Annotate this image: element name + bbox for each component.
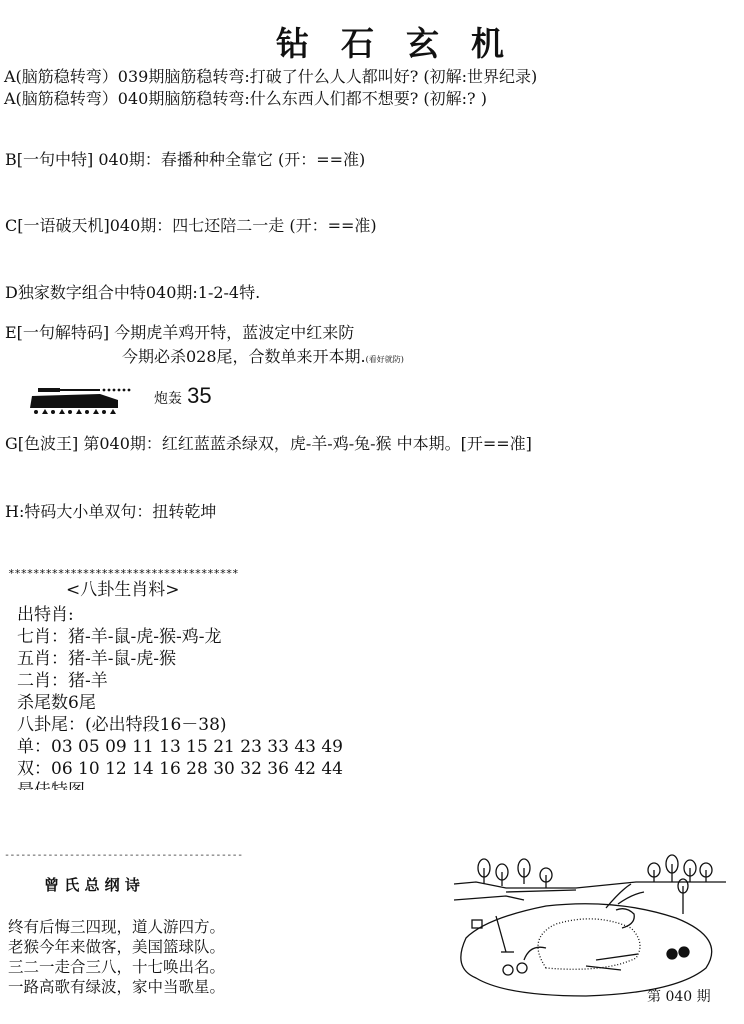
cannon-number: 35 — [187, 383, 211, 408]
cannon-callout: 炮轰 35 — [154, 383, 212, 409]
bagua-line: 七肖：猪-羊-鼠-虎-猴-鸡-龙 — [17, 626, 343, 648]
issue-label: 第 040 期 — [647, 986, 711, 1006]
section-b: B[一句中特] 040期：春播种种全靠它 (开：==准) — [5, 147, 365, 170]
bagua-line: 二肖：猪-羊 — [17, 670, 343, 692]
poem-line: 老猴今年来做客，美国篮球队。 — [8, 937, 225, 957]
bagua-list: 出特肖: 七肖：猪-羊-鼠-虎-猴-鸡-龙 五肖：猪-羊-鼠-虎-猴 二肖：猪-… — [17, 604, 343, 790]
bagua-line: 杀尾数6尾 — [17, 692, 343, 714]
riddle-040: A(脑筋稳转弯）040期脑筋稳转弯:什么东西人们都不想要? (初解:? ) — [4, 86, 487, 109]
section-e-note: (看好就防) — [366, 355, 404, 364]
poem-title: 曾 氏 总 纲 诗 — [44, 874, 140, 895]
poem-line: 三二一走合三八，十七唤出名。 — [8, 957, 225, 977]
poem-line: 终有后悔三四现，道人游四方。 — [8, 917, 225, 937]
tree-icon — [478, 855, 712, 914]
section-g: G[色波王] 第040期：红红蓝蓝杀绿双，虎-羊-鸡-兔-猴 中本期。[开==准… — [5, 431, 532, 454]
bagua-line: 单：03 05 09 11 13 15 21 23 33 43 49 — [17, 736, 343, 758]
section-h: H:特码大小单双句：扭转乾坤 — [5, 499, 216, 522]
bagua-heading: <八卦生肖料> — [66, 579, 180, 601]
bagua-line: 八卦尾：(必出特段16－38) — [17, 714, 343, 736]
section-d: D独家数字组合中特040期:1-2-4特. — [5, 280, 260, 303]
goat-illustration — [446, 848, 736, 998]
section-c: C[一语破天机]040期：四七还陪二一走 (开：==准) — [5, 213, 377, 236]
bagua-line: 双：06 10 12 14 16 28 30 32 36 42 44 — [17, 758, 343, 780]
bagua-line-cut: 最佳特图 — [17, 780, 343, 790]
poem-line: 一路高歌有绿波，家中当歌星。 — [8, 977, 225, 997]
page-title: 钻石玄机 — [276, 18, 536, 65]
bagua-line: 出特肖: — [17, 604, 343, 626]
section-e-text: 今期必杀028尾，合数单来开本期. — [122, 347, 366, 366]
riddle-039: A(脑筋稳转弯）039期脑筋稳转弯:打破了什么人人都叫好? (初解:世界纪录) — [4, 64, 537, 87]
section-e-line2: 今期必杀028尾，合数单来开本期.(看好就防) — [122, 344, 404, 367]
poem-body: 终有后悔三四现，道人游四方。 老猴今年来做客，美国篮球队。 三二一走合三八，十七… — [8, 917, 225, 997]
cannon-label: 炮轰 — [154, 391, 182, 407]
section-e-line1: E[一句解特码] 今期虎羊鸡开特，蓝波定中红来防 — [5, 320, 354, 343]
bagua-line: 五肖：猪-羊-鼠-虎-猴 — [17, 648, 343, 670]
dashed-divider: ----------------------------------------… — [4, 850, 243, 861]
tank-icon — [28, 382, 154, 416]
